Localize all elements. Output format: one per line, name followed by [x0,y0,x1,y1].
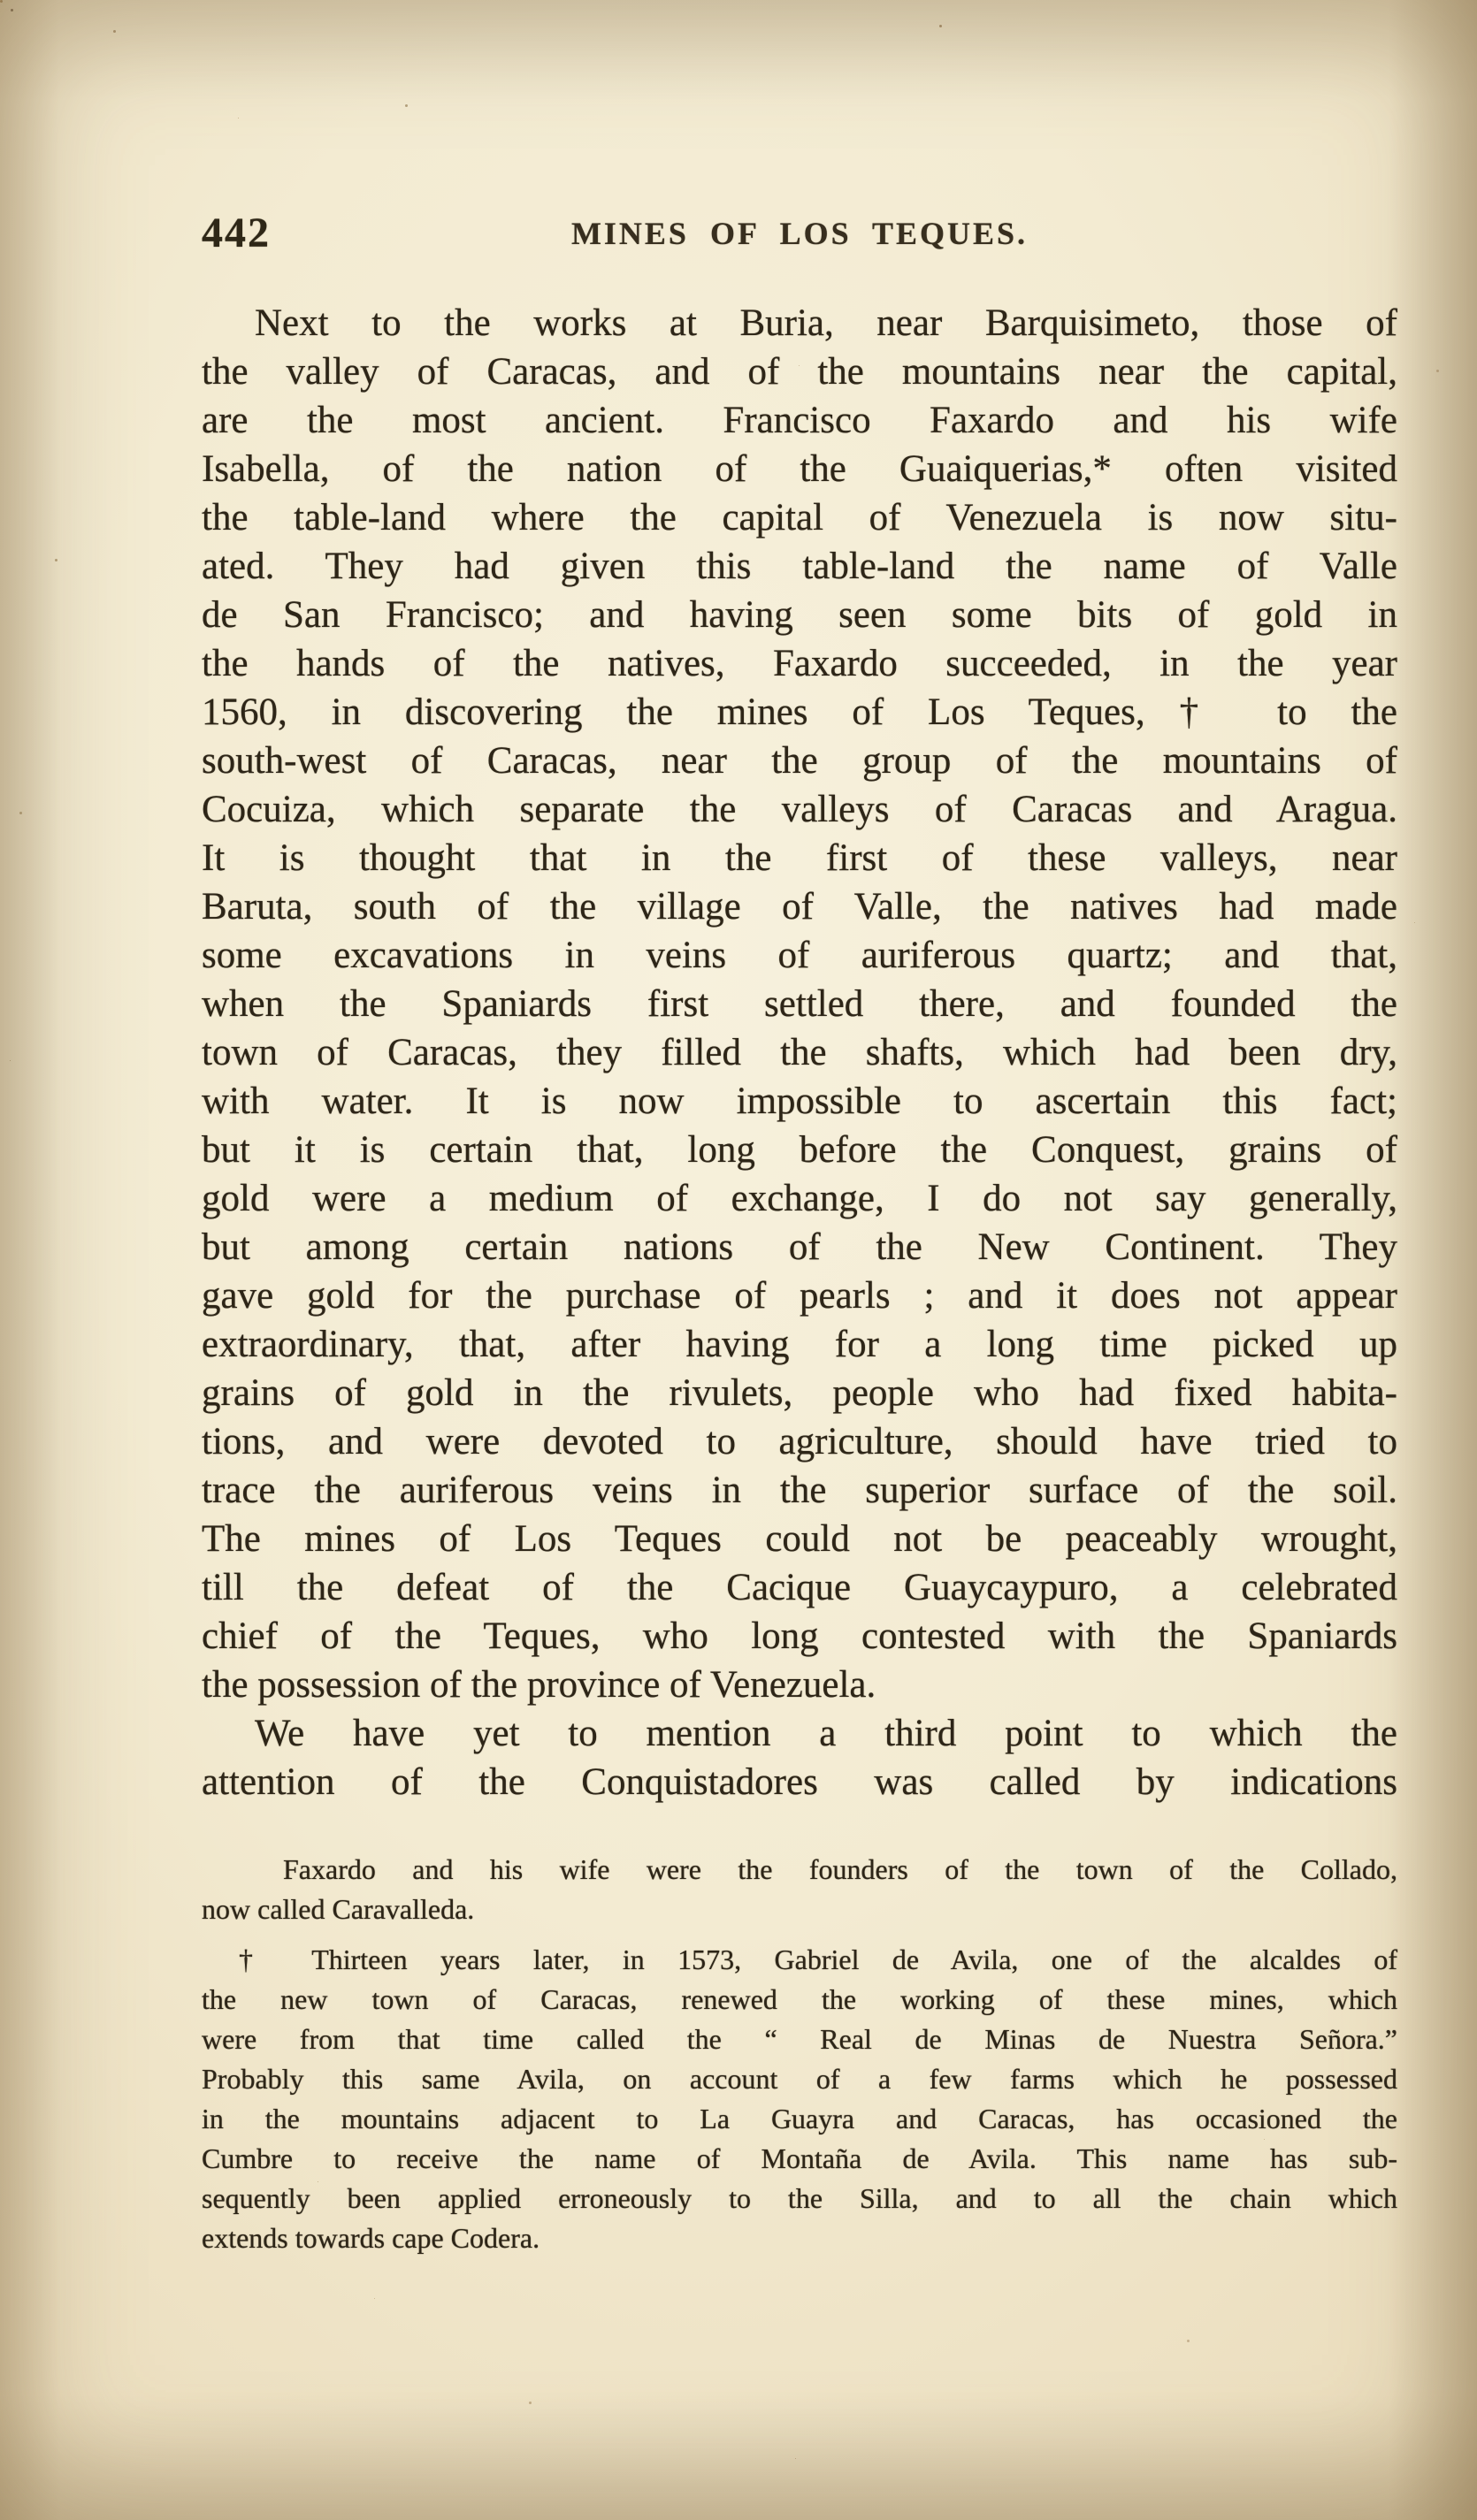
text-line: are the most ancient. Francisco Faxardo … [202,396,1397,445]
text-line: tions, and were devoted to agriculture, … [202,1417,1397,1466]
text-line: when the Spaniards first settled there, … [202,980,1397,1028]
text-line: the hands of the natives, Faxardo succee… [202,639,1397,688]
text-line: chief of the Teques, who long contested … [202,1612,1397,1661]
text-line: till the defeat of the Cacique Guaycaypu… [202,1563,1397,1612]
paragraph: † Thirteen years later, in 1573, Gabriel… [202,1940,1397,2258]
paragraph: We have yet to mention a third point to … [202,1709,1397,1806]
text-line: attention of the Conquistadores was call… [202,1758,1397,1806]
text-line: the new town of Caracas, renewed the wor… [202,1980,1397,2020]
text-line: some excavations in veins of auriferous … [202,931,1397,980]
text-line: It is thought that in the first of these… [202,834,1397,882]
text-line: The mines of Los Teques could not be pea… [202,1515,1397,1563]
running-head: 442 MINES OF LOS TEQUES. [202,209,1397,255]
text-line: gold were a medium of exchange, I do not… [202,1174,1397,1223]
text-line: Cocuiza, which separate the valleys of C… [202,785,1397,834]
text-line: were from that time called the “ Real de… [202,2020,1397,2059]
text-line: grains of gold in the rivulets, people w… [202,1369,1397,1417]
paragraph: Next to the works at Buria, near Barquis… [202,299,1397,1709]
text-line: We have yet to mention a third point to … [202,1709,1397,1758]
text-line: Baruta, south of the village of Valle, t… [202,882,1397,931]
text-line: ated. They had given this table-land the… [202,542,1397,591]
text-line: extraordinary, that, after having for a … [202,1320,1397,1369]
text-line: the valley of Caracas, and of the mounta… [202,347,1397,396]
paper-speckles [0,0,3,3]
text-line: extends towards cape Codera. [202,2218,1397,2258]
footnotes: Faxardo and his wife were the founders o… [202,1850,1397,2258]
text-line: the table-land where the capital of Vene… [202,493,1397,542]
text-line: now called Caravalleda. [202,1890,1397,1929]
text-line: gave gold for the purchase of pearls ; a… [202,1271,1397,1320]
text-line: sequently been applied erroneously to th… [202,2179,1397,2218]
text-line: 1560, in discovering the mines of Los Te… [202,688,1397,737]
text-line: but among certain nations of the New Con… [202,1223,1397,1271]
text-line: Isabella, of the nation of the Guaiqueri… [202,445,1397,493]
text-line: Faxardo and his wife were the founders o… [202,1850,1397,1890]
text-line: south-west of Caracas, near the group of… [202,737,1397,785]
text-line: Cumbre to receive the name of Montaña de… [202,2139,1397,2179]
paragraph: Faxardo and his wife were the founders o… [202,1850,1397,1929]
text-line: † Thirteen years later, in 1573, Gabriel… [202,1940,1397,1980]
running-title: MINES OF LOS TEQUES. [202,215,1397,252]
text-line: trace the auriferous veins in the superi… [202,1466,1397,1515]
text-line: with water. It is now impossible to asce… [202,1077,1397,1126]
text-line: Probably this same Avila, on account of … [202,2059,1397,2099]
body-text: Next to the works at Buria, near Barquis… [202,299,1397,1806]
text-line: the possession of the province of Venezu… [202,1661,1397,1709]
text-line: but it is certain that, long before the … [202,1126,1397,1174]
text-line: in the mountains adjacent to La Guayra a… [202,2099,1397,2139]
text-line: town of Caracas, they filled the shafts,… [202,1028,1397,1077]
text-line: Next to the works at Buria, near Barquis… [202,299,1397,347]
text-line: de San Francisco; and having seen some b… [202,591,1397,639]
book-page: 442 MINES OF LOS TEQUES. Next to the wor… [0,0,1477,2520]
